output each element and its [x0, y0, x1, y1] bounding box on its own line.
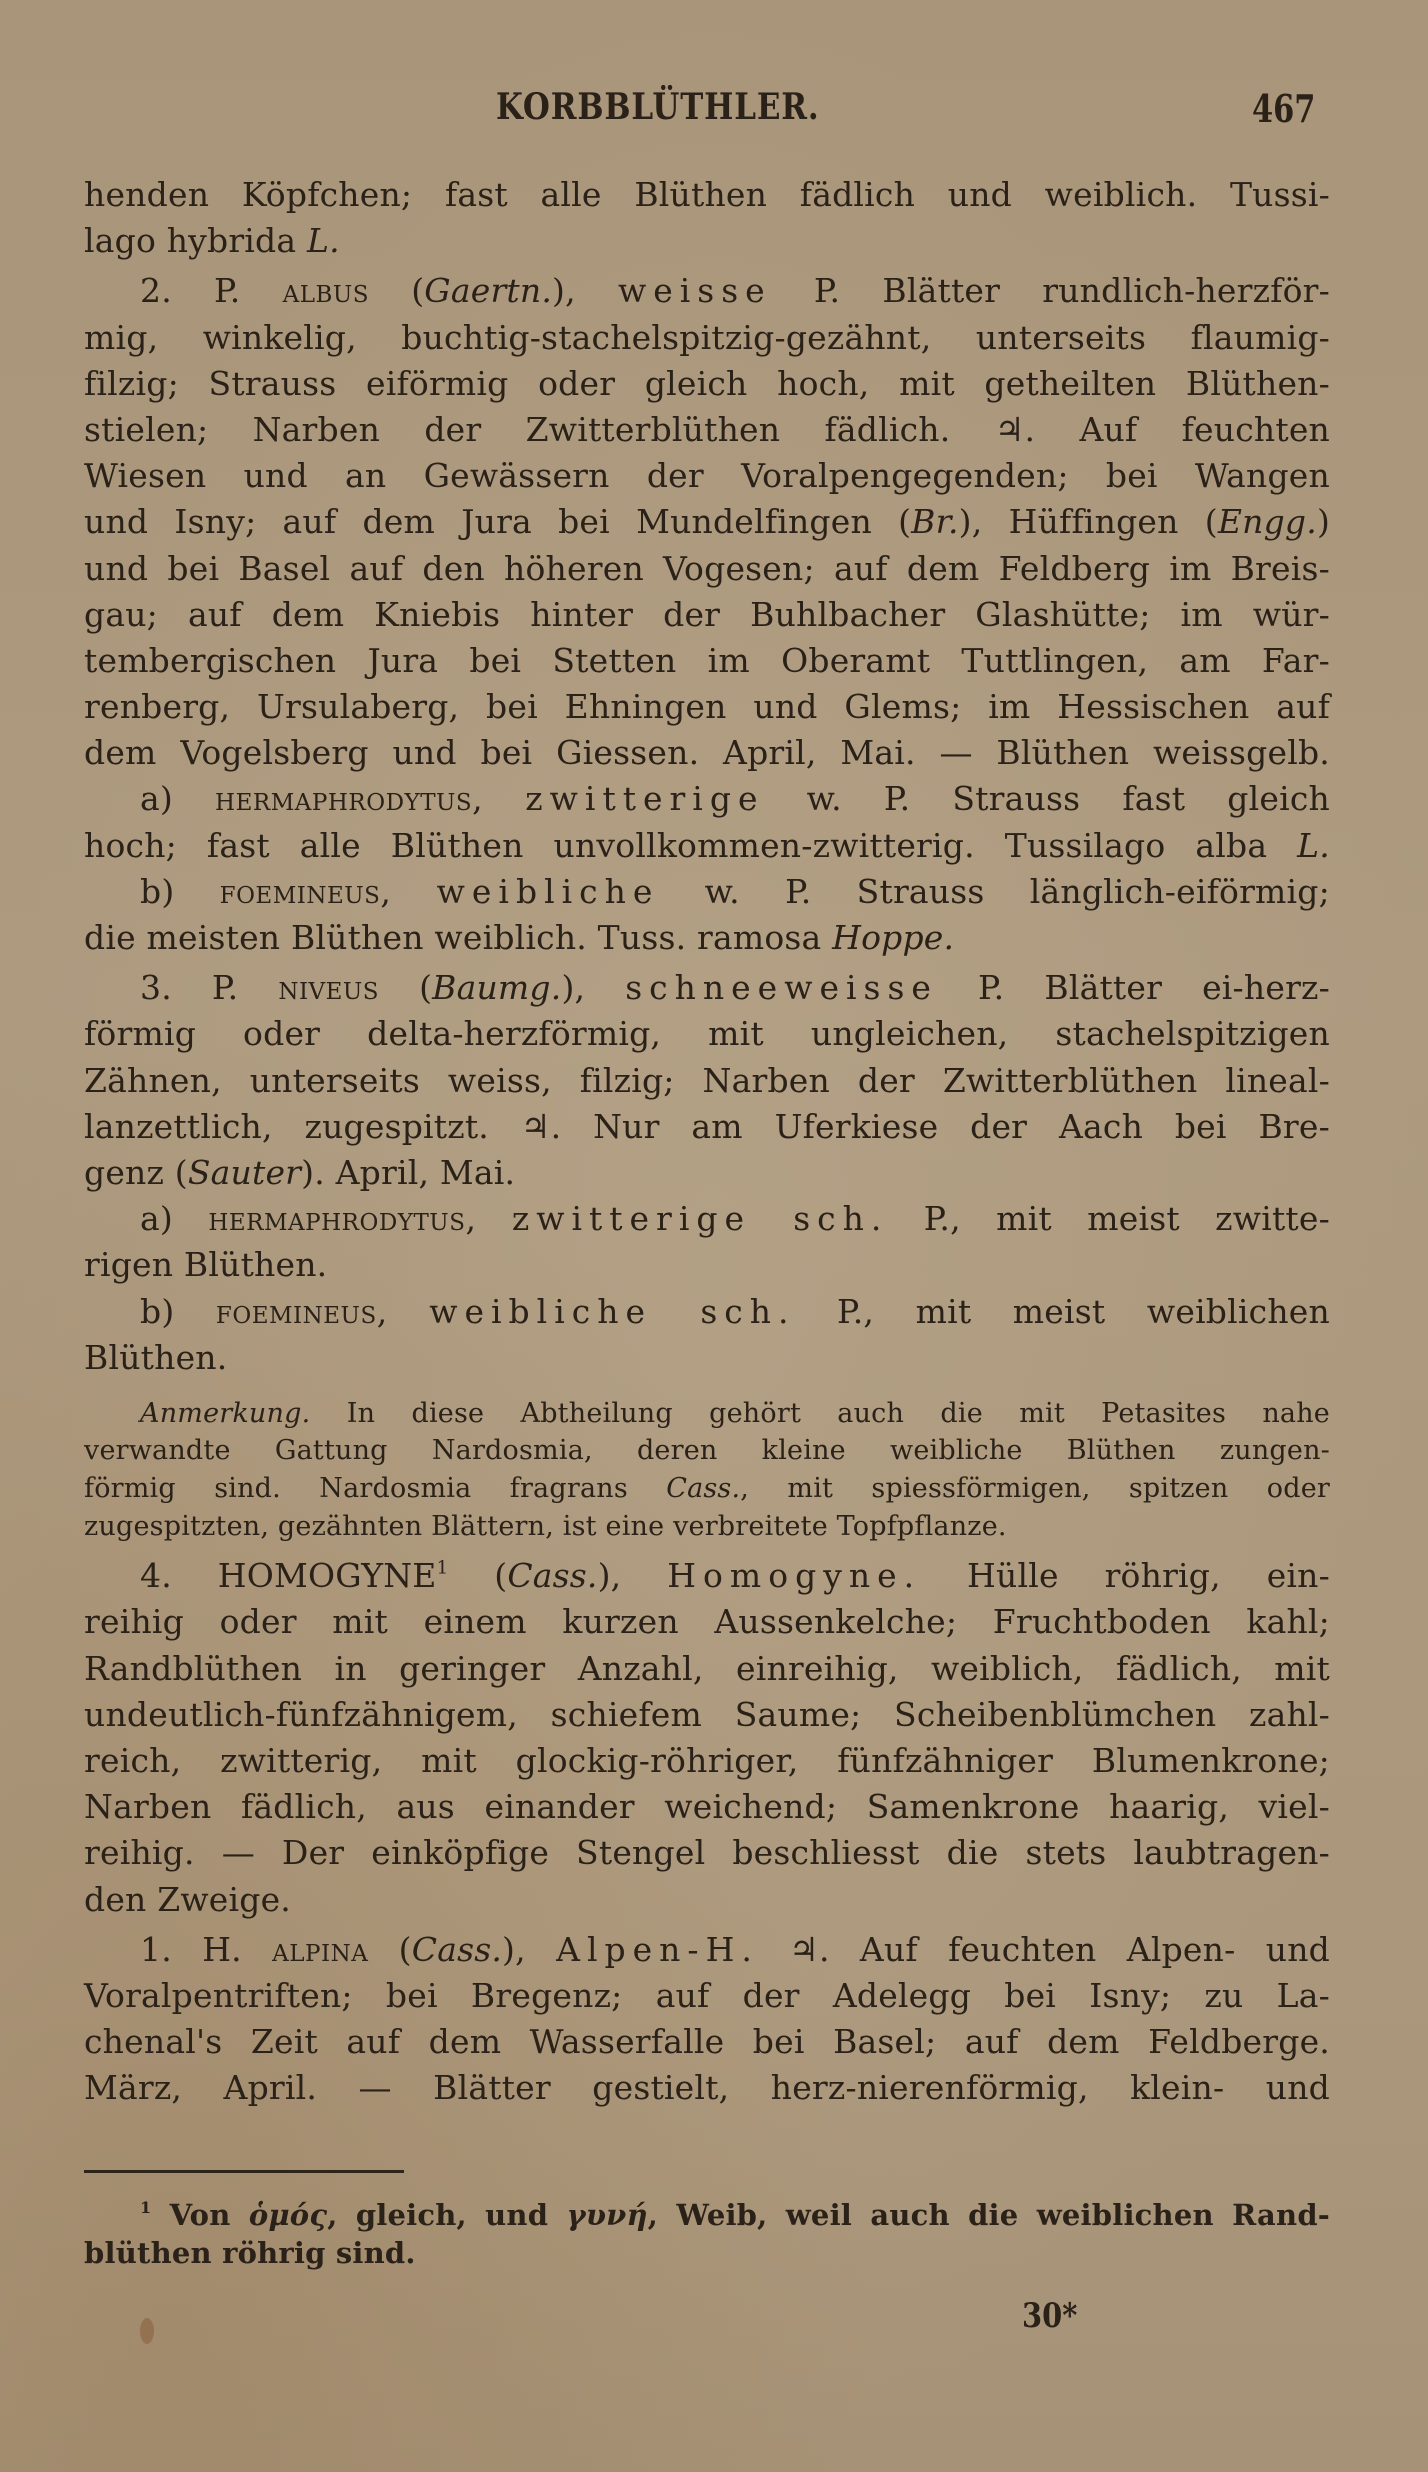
- species-entry-alpina: 1. H. alpina (Cass.), Alpen-H. ♃. Auf fe…: [84, 1927, 1330, 1973]
- genus-heading-homogyne: 4. HOMOGYNE1 (Cass.), Homogyne. Hülle rö…: [84, 1553, 1330, 1599]
- text-line: Randblüthen in geringer Anzahl, einreihi…: [84, 1646, 1330, 1692]
- species-entry-niveus: 3. P. niveus (Baumg.), schneeweisse P. B…: [84, 965, 1330, 1011]
- variety-entry: a) hermaphrodytus, zwitterige sch. P., m…: [84, 1196, 1330, 1242]
- text-line: henden Köpfchen; fast alle Blüthen fädli…: [84, 172, 1330, 218]
- remark-label: Anmerkung.: [140, 1398, 310, 1429]
- text-line: renberg, Ursulaberg, bei Ehningen und Gl…: [84, 684, 1330, 730]
- remark-line: zugespitzten, gezähnten Blättern, ist ei…: [84, 1508, 1330, 1546]
- variety-entry: a) hermaphrodytus, zwitterige w. P. Stra…: [84, 776, 1330, 822]
- text-line: und Isny; auf dem Jura bei Mundelfingen …: [84, 499, 1330, 545]
- text-line: chenal's Zeit auf dem Wasserfalle bei Ba…: [84, 2019, 1330, 2065]
- text-line: März, April. — Blätter gestielt, herz-ni…: [84, 2065, 1330, 2111]
- text-line: Voralpentriften; bei Bregenz; auf der Ad…: [84, 1973, 1330, 2019]
- footnote-ref: 1: [437, 1558, 449, 1579]
- text-line: reihig oder mit einem kurzen Aussenkelch…: [84, 1599, 1330, 1645]
- text-line: lanzettlich, zugespitzt. ♃. Nur am Uferk…: [84, 1104, 1330, 1150]
- footnote-divider: [84, 2170, 404, 2173]
- text-line: den Zweige.: [84, 1877, 1330, 1923]
- text-line: mig, winkelig, buchtig-stachelspitzig-ge…: [84, 315, 1330, 361]
- text-line: rigen Blüthen.: [84, 1242, 1330, 1288]
- page-number: 467: [1252, 86, 1315, 131]
- species-entry-albus: 2. P. albus (Gaertn.), weisse P. Blätter…: [84, 268, 1330, 314]
- text-line: förmig oder delta-herzförmig, mit unglei…: [84, 1011, 1330, 1057]
- text-line: Blüthen.: [84, 1335, 1330, 1381]
- variety-entry: b) foemineus, weibliche sch. P., mit mei…: [84, 1289, 1330, 1335]
- text-line: tembergischen Jura bei Stetten im Oberam…: [84, 638, 1330, 684]
- text-line: reich, zwitterig, mit glockig-röhriger, …: [84, 1738, 1330, 1784]
- text-line: und bei Basel auf den höheren Vogesen; a…: [84, 546, 1330, 592]
- footnote-line: 1 Von ὁμός, gleich, und γυνή, Weib, weil…: [84, 2196, 1330, 2234]
- running-head: KORBBLÜTHLER. 467: [0, 86, 1428, 136]
- text-line: Wiesen und an Gewässern der Voralpengege…: [84, 453, 1330, 499]
- text-line: filzig; Strauss eiförmig oder gleich hoc…: [84, 361, 1330, 407]
- text-line: die meisten Blüthen weiblich. Tuss. ramo…: [84, 915, 1330, 961]
- variety-entry: b) foemineus, weibliche w. P. Strauss lä…: [84, 869, 1330, 915]
- text-line: lago hybrida L.: [84, 218, 1330, 264]
- text-line: stielen; Narben der Zwitterblüthen fädli…: [84, 407, 1330, 453]
- text-line: Narben fädlich, aus einander weichend; S…: [84, 1784, 1330, 1830]
- main-text: henden Köpfchen; fast alle Blüthen fädli…: [84, 172, 1330, 2112]
- paper-stain: [140, 2318, 154, 2344]
- remark-line: förmig sind. Nardosmia fragrans Cass., m…: [84, 1470, 1330, 1508]
- remark-block: Anmerkung. In diese Abtheilung gehört au…: [84, 1395, 1330, 1545]
- footnote-marker: 1: [140, 2198, 151, 2217]
- footnote: 1 Von ὁμός, gleich, und γυνή, Weib, weil…: [84, 2196, 1330, 2272]
- text-line: Zähnen, unterseits weiss, filzig; Narben…: [84, 1058, 1330, 1104]
- text-line: hoch; fast alle Blüthen unvollkommen-zwi…: [84, 823, 1330, 869]
- text-line: undeutlich-fünfzähnigem, schiefem Saume;…: [84, 1692, 1330, 1738]
- text-line: reihig. — Der einköpfige Stengel beschli…: [84, 1830, 1330, 1876]
- running-head-title: KORBBLÜTHLER.: [496, 86, 820, 128]
- remark-line: Anmerkung. In diese Abtheilung gehört au…: [84, 1395, 1330, 1433]
- text-line: genz (Sauter). April, Mai.: [84, 1150, 1330, 1196]
- book-page: KORBBLÜTHLER. 467 henden Köpfchen; fast …: [0, 0, 1428, 2472]
- text-line: dem Vogelsberg und bei Giessen. April, M…: [84, 730, 1330, 776]
- remark-line: verwandte Gattung Nardosmia, deren klein…: [84, 1432, 1330, 1470]
- footnote-line: blüthen röhrig sind.: [84, 2234, 1330, 2272]
- printer-signature: 30*: [1022, 2296, 1077, 2336]
- text-line: gau; auf dem Kniebis hinter der Buhlbach…: [84, 592, 1330, 638]
